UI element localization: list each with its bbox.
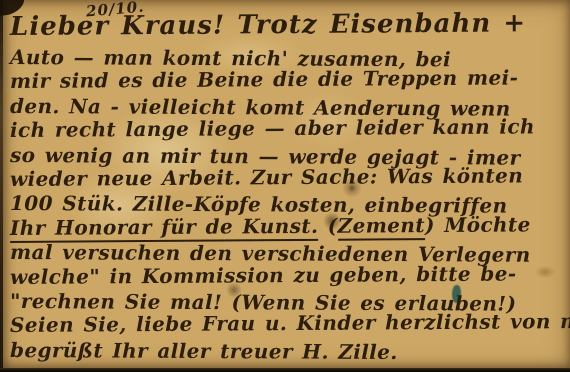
letter-body: Lieber Kraus! Trotz Eisenbahn + Auto — m… xyxy=(10,9,568,362)
letter-line-9-rest: ) Möchte xyxy=(425,212,531,237)
letter-line-14-signature: begrüßt Ihr aller treuer H. Zille. xyxy=(10,338,568,365)
card-bottom-edge xyxy=(0,368,570,372)
letter-line-7: wieder neue Arbeit. Zur Sache: Was könte… xyxy=(10,163,568,191)
letter-line-9-open: ( xyxy=(318,214,337,238)
letter-line-13: Seien Sie, liebe Frau u. Kinder herzlich… xyxy=(10,310,568,338)
postcard-scan: 20/10. Lieber Kraus! Trotz Eisenbahn + A… xyxy=(0,0,570,372)
letter-line-3: mir sind es die Beine die die Treppen me… xyxy=(10,66,568,94)
card-left-edge xyxy=(0,0,3,372)
letter-line-5: ich recht lange liege — aber leider kann… xyxy=(10,114,568,142)
letter-line-9: Ihr Honorar für de Kunst. (Zement) Möcht… xyxy=(10,212,568,240)
underlined-honorar-phrase: Ihr Honorar für de Kunst. xyxy=(10,214,318,243)
letter-line-11: welche" in Kommission zu geben, bitte be… xyxy=(10,261,568,289)
letter-line-1: Lieber Kraus! Trotz Eisenbahn + xyxy=(10,5,568,45)
underlined-word-zement: Zement xyxy=(337,213,425,241)
